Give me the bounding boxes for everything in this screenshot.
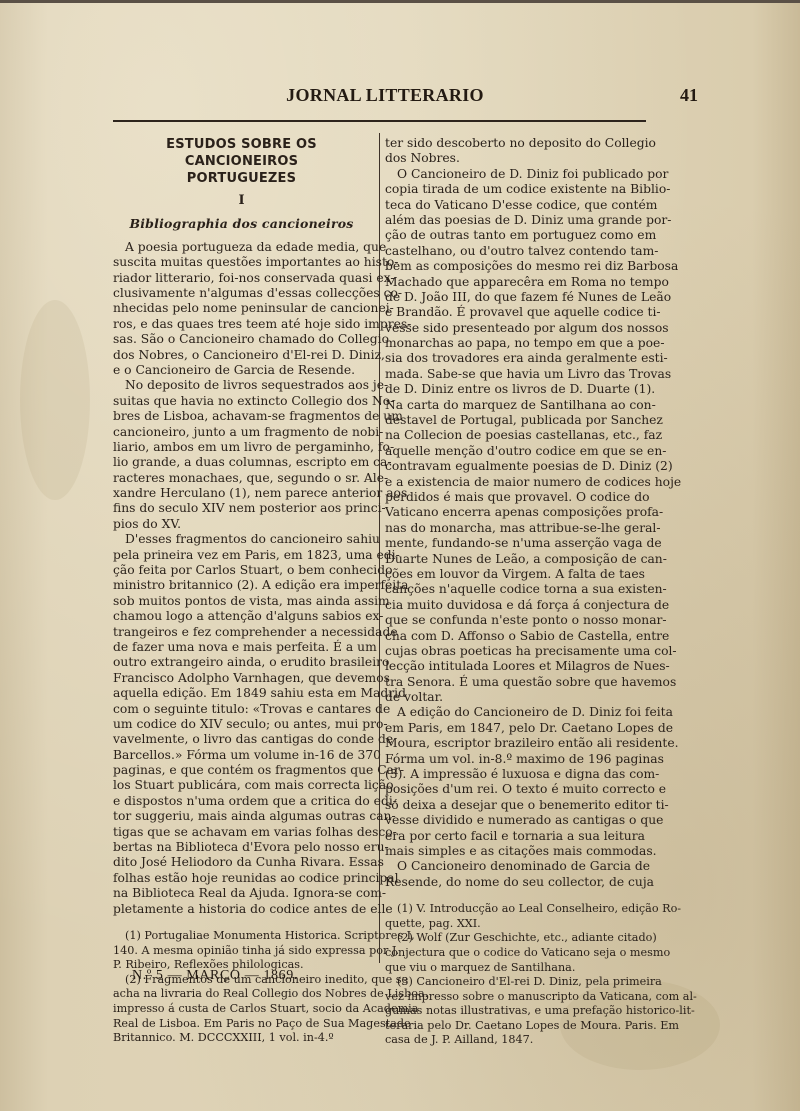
text-line: conjectura que o codice do Vaticano seja… — [385, 946, 643, 961]
text-line: pela prineira vez em Paris, em 1823, uma… — [113, 548, 370, 563]
text-line: No deposito de livros sequestrados aos j… — [113, 378, 370, 393]
text-line: com o seguinte titulo: «Trovas e cantare… — [113, 702, 370, 717]
text-line: ros, e das quaes tres teem até hoje sido… — [113, 317, 370, 332]
text-line: acha na livraria do Real Collegio dos No… — [113, 987, 370, 1002]
article-title-line: ESTUDOS SOBRE OS CANCIONEIROS — [113, 136, 370, 170]
text-line: (3). A impressão é luxuosa e digna das c… — [385, 767, 643, 782]
text-line: de fazer uma nova e mais perfeita. É a u… — [113, 640, 370, 655]
right-column: ter sido descoberto no deposito do Colle… — [385, 136, 643, 1048]
article-title: ESTUDOS SOBRE OS CANCIONEIROS PORTUGUEZE… — [113, 136, 370, 187]
text-line: (1) Portugaliae Monumenta Historica. Scr… — [113, 929, 370, 944]
left-column: ESTUDOS SOBRE OS CANCIONEIROS PORTUGUEZE… — [113, 136, 370, 1046]
header-rule — [113, 120, 646, 122]
text-line: só deixa a desejar que o benemerito edit… — [385, 798, 643, 813]
text-line: los Stuart publicára, com mais correcta … — [113, 778, 370, 793]
text-line: Duarte Nunes de Leão, a composição de ca… — [385, 552, 643, 567]
text-line: teca do Vaticano D'esse codice, que cont… — [385, 198, 643, 213]
text-line: A poesia portugueza da edade media, que — [113, 240, 370, 255]
right-footnotes: (1) V. Introducção ao Leal Conselheiro, … — [385, 902, 643, 1048]
text-line: aquella edição. Em 1849 sahiu esta em Ma… — [113, 686, 370, 701]
text-line: A edição do Cancioneiro de D. Diniz foi … — [385, 705, 643, 720]
text-line: dos Nobres. — [385, 151, 643, 166]
left-footnotes: (1) Portugaliae Monumenta Historica. Scr… — [113, 929, 370, 1046]
text-line: nas do monarcha, mas attribue-se-lhe ger… — [385, 521, 643, 536]
text-line: (3) Cancioneiro d'El-rei D. Diniz, pela … — [385, 975, 643, 990]
paper-stain — [20, 300, 90, 500]
text-line: racteres monachaes, que, segundo o sr. A… — [113, 471, 370, 486]
text-line: quette, pag. XXI. — [385, 917, 643, 932]
text-line: dos Nobres, o Cancioneiro d'El-rei D. Di… — [113, 348, 370, 363]
text-line: ção feita por Carlos Stuart, o bem conhe… — [113, 563, 370, 578]
text-line: posições d'um rei. O texto é muito corre… — [385, 782, 643, 797]
text-line: sas. São o Cancioneiro chamado do Colleg… — [113, 332, 370, 347]
text-line: perdidos é mais que provavel. O codice d… — [385, 490, 643, 505]
text-line: e a existencia de maior numero de codice… — [385, 475, 643, 490]
article-title-line: PORTUGUEZES — [113, 170, 370, 187]
text-line: ministro britannico (2). A edição era im… — [113, 578, 370, 593]
text-line: cia muito duvidosa e dá força á conjectu… — [385, 598, 643, 613]
text-line: teraria pelo Dr. Caetano Lopes de Moura.… — [385, 1019, 643, 1034]
text-line: Fórma um vol. in-8.º maximo de 196 pagin… — [385, 752, 643, 767]
page-top-edge — [0, 0, 800, 3]
text-line: tigas que se achavam em varias folhas de… — [113, 825, 370, 840]
text-line: gumas notas illustrativas, e uma prefaçã… — [385, 1004, 643, 1019]
issue-footer: N.º 5 — MARÇO — 1869. — [115, 968, 315, 984]
text-line: Moura, escriptor brazileiro então ali re… — [385, 736, 643, 751]
text-line: destavel de Portugal, publicada por Sanc… — [385, 413, 643, 428]
text-line: paginas, e que contém os fragmentos que … — [113, 763, 370, 778]
text-line: tra Senora. É uma questão sobre que have… — [385, 675, 643, 690]
text-line: mada. Sabe-se que havia um Livro das Tro… — [385, 367, 643, 382]
journal-title: JORNAL LITTERARIO — [100, 85, 670, 106]
page-number: 41 — [680, 85, 698, 106]
text-line: Barcellos.» Fórma um volume in-16 de 370 — [113, 748, 370, 763]
text-line: e dispostos n'uma ordem que a critica do… — [113, 794, 370, 809]
text-line: folhas estão hoje reunidas ao codice pri… — [113, 871, 370, 886]
text-line: copia tirada de um codice existente na B… — [385, 182, 643, 197]
text-line: dito José Heliodoro da Cunha Rivara. Ess… — [113, 855, 370, 870]
text-line: O Cancioneiro de D. Diniz foi publicado … — [385, 167, 643, 182]
text-line: ção de outras tanto em portuguez como em — [385, 228, 643, 243]
text-line: liario, ambos em um livro de pergaminho,… — [113, 440, 370, 455]
scanned-page: JORNAL LITTERARIO 41 ESTUDOS SOBRE OS CA… — [0, 0, 800, 1111]
text-line: Machado que apparecêra em Roma no tempo — [385, 275, 643, 290]
text-line: de voltar. — [385, 690, 643, 705]
text-line: chamou logo a attenção d'alguns sabios e… — [113, 609, 370, 624]
text-line: casa de J. P. Ailland, 1847. — [385, 1033, 643, 1048]
text-line: que viu o marquez de Santilhana. — [385, 961, 643, 976]
text-line: canções n'aquelle codice torna a sua exi… — [385, 582, 643, 597]
text-line: bres de Lisboa, achavam-se fragmentos de… — [113, 409, 370, 424]
text-line: contravam egualmente poesias de D. Diniz… — [385, 459, 643, 474]
text-line: riador litterario, foi-nos conservada qu… — [113, 271, 370, 286]
text-line: de D. Diniz entre os livros de D. Duarte… — [385, 382, 643, 397]
text-line: na Biblioteca Real da Ajuda. Ignora-se c… — [113, 886, 370, 901]
right-body-text: ter sido descoberto no deposito do Colle… — [385, 136, 643, 890]
text-line: aquelle menção d'outro codice em que se … — [385, 444, 643, 459]
text-line: vavelmente, o livro das cantigas do cond… — [113, 732, 370, 747]
text-line: mente, fundando-se n'uma asserção vaga d… — [385, 536, 643, 551]
text-line: cujas obras poeticas ha precisamente uma… — [385, 644, 643, 659]
text-line: O Cancioneiro denominado de Garcia de — [385, 859, 643, 874]
text-line: ter sido descoberto no deposito do Colle… — [385, 136, 643, 151]
text-line: Na carta do marquez de Santilhana ao con… — [385, 398, 643, 413]
text-line: em Paris, em 1847, pelo Dr. Caetano Lope… — [385, 721, 643, 736]
text-line: e Brandão. É provavel que aquelle codice… — [385, 305, 643, 320]
text-line: de D. João III, do que fazem fé Nunes de… — [385, 290, 643, 305]
text-line: pletamente a historia do codice antes de… — [113, 902, 370, 917]
text-line: além das poesias de D. Diniz uma grande … — [385, 213, 643, 228]
text-line: que se confunda n'este ponto o nosso mon… — [385, 613, 643, 628]
text-line: Britannico. M. DCCCXXIII, 1 vol. in-4.º — [113, 1031, 370, 1046]
text-line: bertas na Biblioteca d'Evora pelo nosso … — [113, 840, 370, 855]
text-line: cancioneiro, junto a um fragmento de nob… — [113, 425, 370, 440]
text-line: vez impresso sobre o manuscripto da Vati… — [385, 990, 643, 1005]
text-line: era por certo facil e tornaria a sua lei… — [385, 829, 643, 844]
text-line: suitas que havia no extincto Collegio do… — [113, 394, 370, 409]
text-line: um codice do XIV seculo; ou antes, mui p… — [113, 717, 370, 732]
left-body-text: A poesia portugueza da edade media, ques… — [113, 240, 370, 917]
text-line: outro extrangeiro ainda, o erudito brasi… — [113, 655, 370, 670]
text-line: tor suggeriu, mais ainda algumas outras … — [113, 809, 370, 824]
text-line: ções em louvor da Virgem. A falta de tae… — [385, 567, 643, 582]
text-line: Vaticano encerra apenas composições prof… — [385, 505, 643, 520]
text-line: sob muitos pontos de vista, mas ainda as… — [113, 594, 370, 609]
text-line: D'esses fragmentos do cancioneiro sahiu — [113, 532, 370, 547]
text-line: Resende, do nome do seu collector, de cu… — [385, 875, 643, 890]
text-line: bem as composições do mesmo rei diz Barb… — [385, 259, 643, 274]
text-line: trangeiros e fez comprehender a necessid… — [113, 625, 370, 640]
text-line: (2) Wolf (Zur Geschichte, etc., adiante … — [385, 931, 643, 946]
text-line: na Collecion de poesias castellanas, etc… — [385, 428, 643, 443]
section-numeral: I — [113, 193, 370, 208]
text-line: vesse dividido e numerado as cantigas o … — [385, 813, 643, 828]
section-subtitle: Bibliographia dos cancioneiros — [113, 216, 370, 231]
text-line: 140. A mesma opinião tinha já sido expre… — [113, 944, 370, 959]
text-line: clusivamente n'algumas d'essas collecçõe… — [113, 286, 370, 301]
text-line: monarchas ao papa, no tempo em que a poe… — [385, 336, 643, 351]
text-line: vesse sido presenteado por algum dos nos… — [385, 321, 643, 336]
text-line: xandre Herculano (1), nem parece anterio… — [113, 486, 370, 501]
text-line: mais simples e as citações mais commodas… — [385, 844, 643, 859]
text-line: fins do seculo XIV nem posterior aos pri… — [113, 501, 370, 516]
text-line: sia dos trovadores era ainda geralmente … — [385, 351, 643, 366]
text-line: suscita muitas questões importantes ao h… — [113, 255, 370, 270]
text-line: lio grande, a duas columnas, escripto em… — [113, 455, 370, 470]
text-line: e o Cancioneiro de Garcia de Resende. — [113, 363, 370, 378]
text-line: Real de Lisboa. Em Paris no Paço de Sua … — [113, 1017, 370, 1032]
text-line: nhecidas pelo nome peninsular de cancion… — [113, 301, 370, 316]
text-line: castelhano, ou d'outro talvez contendo t… — [385, 244, 643, 259]
running-header: JORNAL LITTERARIO 41 — [100, 83, 670, 113]
text-line: Francisco Adolpho Varnhagen, que devemos — [113, 671, 370, 686]
text-line: impresso á custa de Carlos Stuart, socio… — [113, 1002, 370, 1017]
text-line: lecção intitulada Loores et Milagros de … — [385, 659, 643, 674]
text-line: pios do XV. — [113, 517, 370, 532]
text-line: cha com D. Affonso o Sabio de Castella, … — [385, 629, 643, 644]
text-line: (1) V. Introducção ao Leal Conselheiro, … — [385, 902, 643, 917]
